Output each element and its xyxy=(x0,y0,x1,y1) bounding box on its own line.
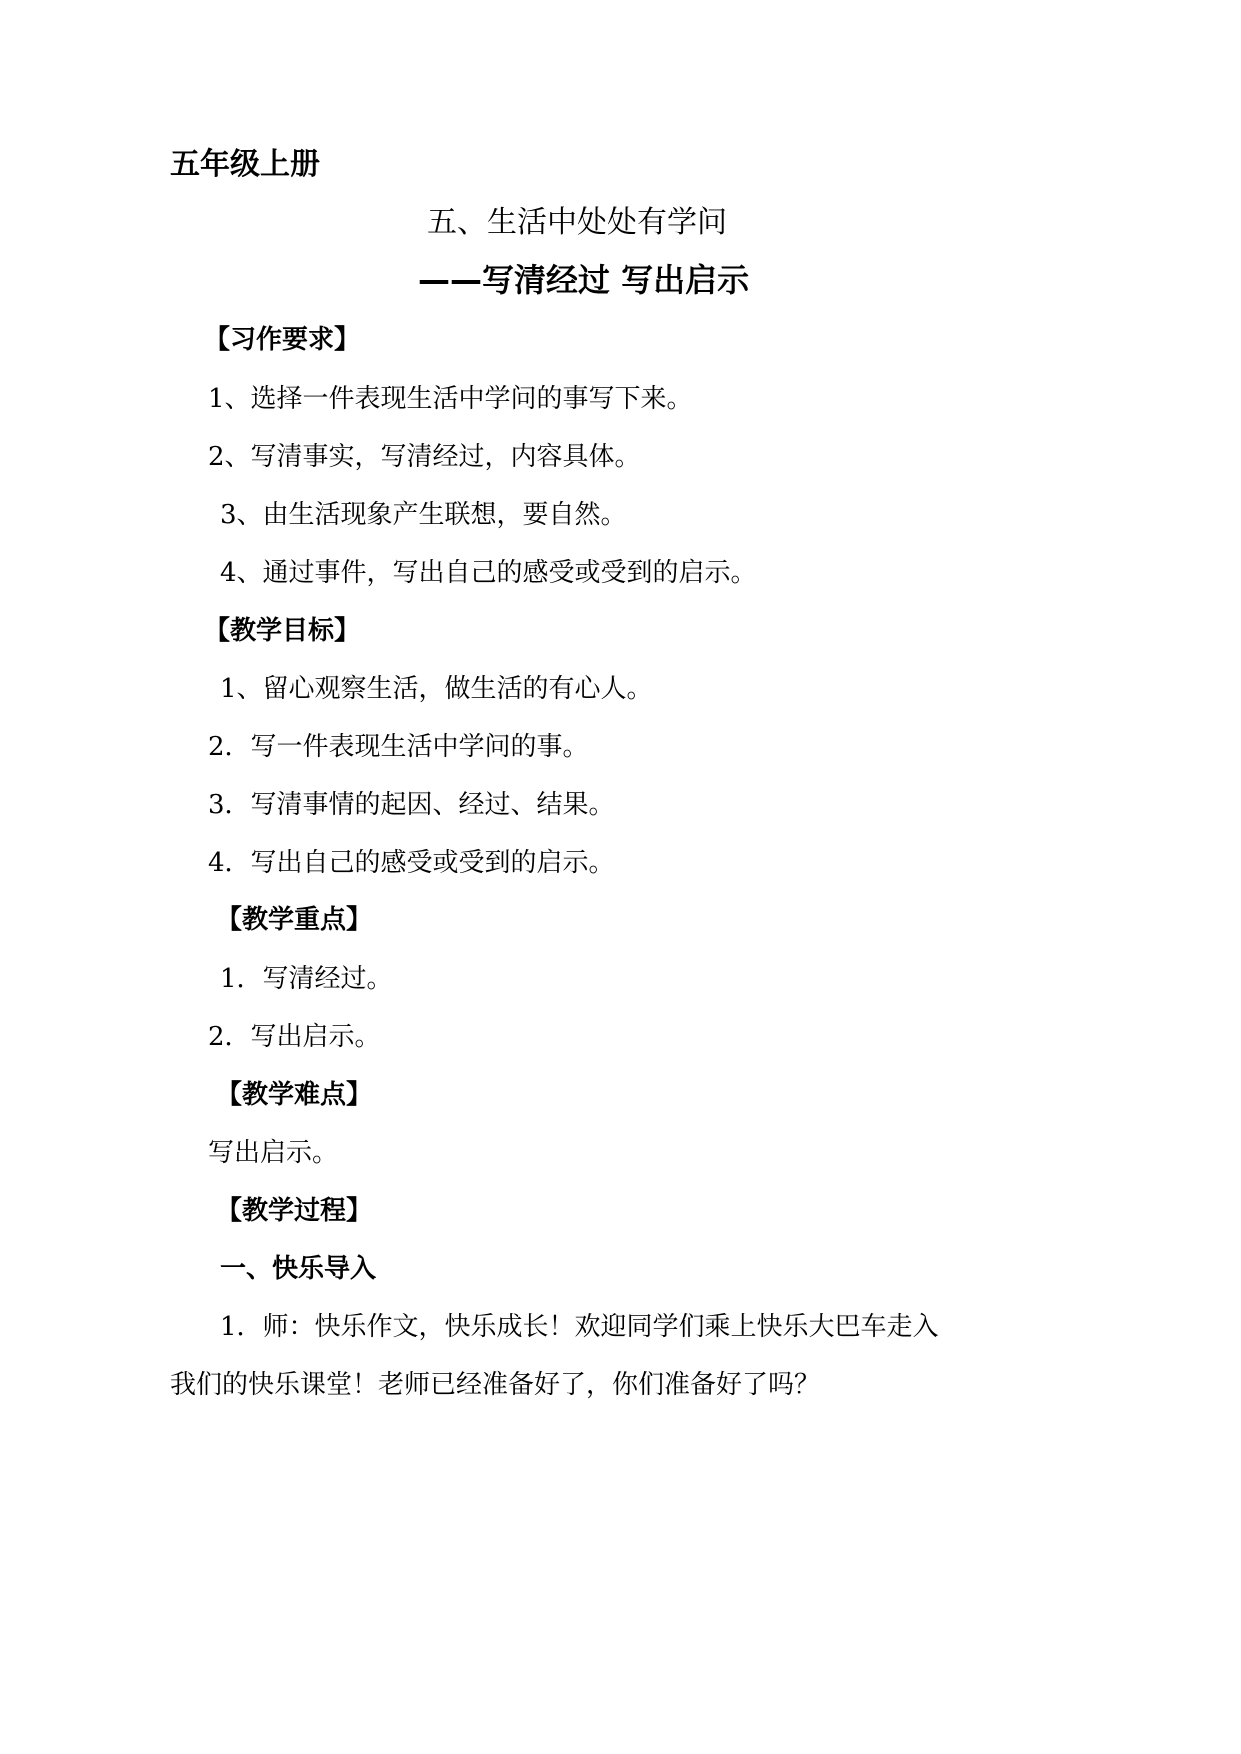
section-heading-process: 【教学过程】 xyxy=(216,1198,372,1224)
objective-item: 2．写一件表现生活中学问的事。 xyxy=(208,734,589,760)
grade-label: 五年级上册 xyxy=(170,150,320,180)
objective-item: 3．写清事情的起因、经过、结果。 xyxy=(208,792,615,818)
document-page: 五年级上册 五、生活中处处有学问 ——写清经过 写出启示 【习作要求】 1、选择… xyxy=(0,0,1241,1754)
process-paragraph-line: 1．师：快乐作文，快乐成长！欢迎同学们乘上快乐大巴车走入 xyxy=(220,1314,939,1340)
key-point-item: 2．写出启示。 xyxy=(208,1024,381,1050)
section-heading-key-points: 【教学重点】 xyxy=(216,907,372,933)
requirement-item: 1、选择一件表现生活中学问的事写下来。 xyxy=(208,386,693,412)
lesson-title: 五、生活中处处有学问 xyxy=(427,208,727,238)
requirement-item: 4、通过事件，写出自己的感受或受到的启示。 xyxy=(220,560,757,586)
objective-item: 4．写出自己的感受或受到的启示。 xyxy=(208,850,615,876)
section-heading-objectives: 【教学目标】 xyxy=(204,618,360,644)
lesson-subtitle: ——写清经过 写出启示 xyxy=(418,264,749,296)
requirement-item: 2、写清事实，写清经过，内容具体。 xyxy=(208,444,641,470)
process-paragraph-line: 我们的快乐课堂！老师已经准备好了，你们准备好了吗？ xyxy=(170,1372,820,1398)
requirement-item: 3、由生活现象产生联想，要自然。 xyxy=(220,502,627,528)
section-heading-difficulties: 【教学难点】 xyxy=(216,1082,372,1108)
section-heading-requirements: 【习作要求】 xyxy=(204,327,360,353)
objective-item: 1、留心观察生活，做生活的有心人。 xyxy=(220,676,653,702)
difficulty-item: 写出启示。 xyxy=(208,1140,338,1166)
process-subheading: 一、快乐导入 xyxy=(220,1256,376,1282)
key-point-item: 1．写清经过。 xyxy=(220,966,393,992)
